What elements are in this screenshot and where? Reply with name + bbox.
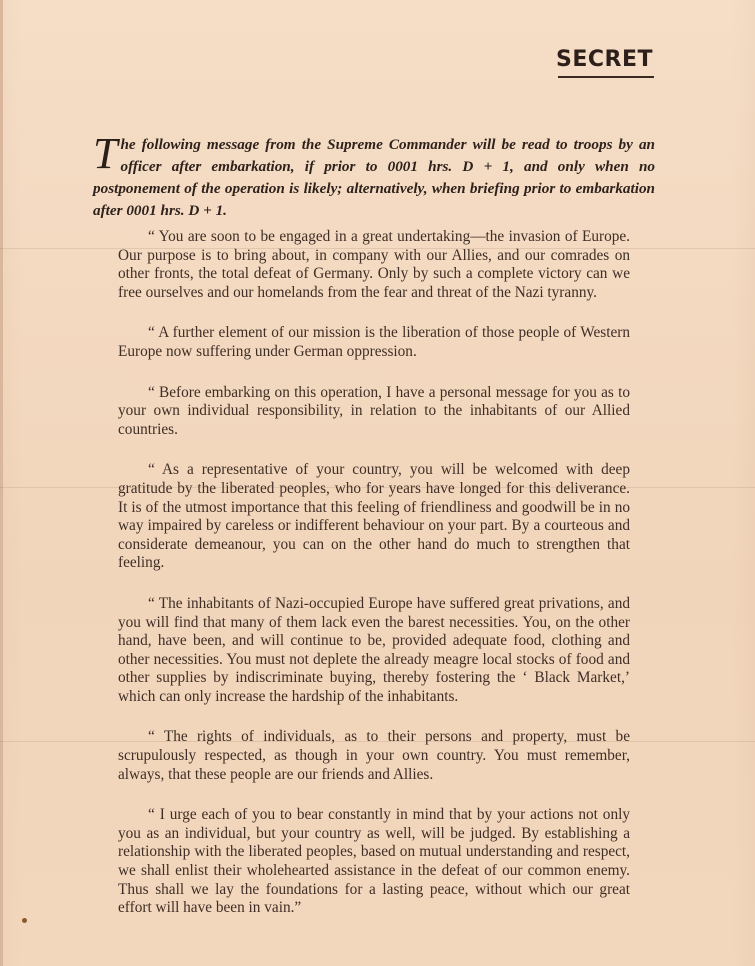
message-paragraph: “ A further element of our mission is th… — [118, 324, 630, 361]
commander-message: “ You are soon to be engaged in a great … — [118, 228, 630, 940]
message-paragraph: “ I urge each of you to bear constantly … — [118, 806, 630, 918]
message-paragraph: “ The inhabitants of Nazi-occupied Europ… — [118, 595, 630, 707]
message-paragraph: “ As a representative of your country, y… — [118, 461, 630, 573]
message-paragraph: “ Before embarking on this operation, I … — [118, 384, 630, 440]
classification-stamp: SECRET — [556, 47, 653, 72]
drop-cap: T — [93, 136, 117, 172]
paper-stain — [22, 918, 27, 923]
intro-text: he following message from the Supreme Co… — [93, 136, 655, 219]
intro-note: The following message from the Supreme C… — [93, 134, 655, 222]
message-paragraph: “ The rights of individuals, as to their… — [118, 728, 630, 784]
paper-edge — [0, 0, 3, 966]
message-paragraph: “ You are soon to be engaged in a great … — [118, 228, 630, 302]
classification-underline — [558, 76, 654, 78]
